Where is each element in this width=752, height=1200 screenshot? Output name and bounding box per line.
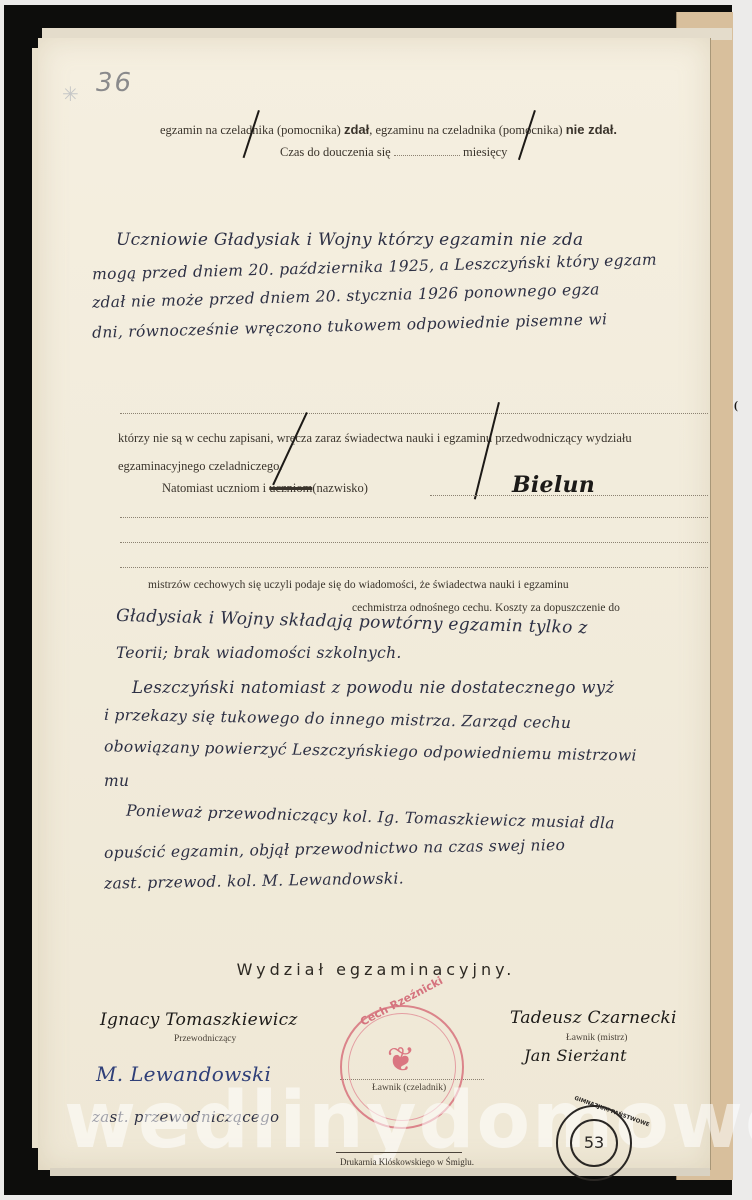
pencil-page-number: 36 [96, 68, 133, 98]
handwritten-note-line: Leszczyński natomiast z powodu nie dosta… [132, 678, 614, 697]
state-stamp-number: 53 [570, 1119, 618, 1167]
committee-title: Wydział egzaminacyjny. [0, 960, 752, 979]
struck-word: uczniom [269, 481, 312, 495]
printer-rule [336, 1152, 462, 1153]
exam-result-part2: , egzaminu na czeladnika (pomocnika) [369, 123, 562, 137]
dotted-field-line [120, 412, 708, 414]
master-assessor-signature-2: Jan Sierżant [524, 1046, 627, 1065]
state-stamp: GIMNAZJUM PAŃSTWOWE 53 [556, 1105, 632, 1181]
passed-label: zdał [344, 122, 369, 137]
dotted-field-line [120, 516, 708, 518]
exam-result-line: egzamin na czeladnika (pomocnika) zdał, … [160, 122, 617, 138]
remaining-time-field [394, 155, 460, 156]
masters-line: mistrzów cechowych się uczyli podaje się… [148, 579, 569, 591]
however-line: Natomiast uczniom i uczniom(nazwisko) [162, 481, 368, 496]
eagle-icon: ❦ [376, 1043, 426, 1079]
chairman-label: Przewodniczący [174, 1034, 236, 1044]
handwritten-note-line: Teorii; brak wiadomości szkolnych. [116, 644, 402, 662]
committee-line: egzaminacyjnego czeladniczego. [118, 459, 283, 474]
however-label: Natomiast uczniom i [162, 481, 266, 495]
master-assessor-signature: Tadeusz Czarnecki [510, 1008, 677, 1028]
printer-imprint: Drukarnia Klóskowskiego w Śmiglu. [340, 1157, 474, 1167]
not-registered-line: którzy nie są w cechu zapisani, wręcza z… [118, 431, 632, 446]
handwritten-note-line: Uczniowie Gładysiak i Wojny którzy egzam… [116, 230, 583, 250]
remaining-time-label: Czas do douczenia się [280, 145, 391, 159]
edge-mark: ( [734, 398, 738, 413]
dotted-field-line [120, 541, 708, 543]
failed-label: nie zdał. [566, 122, 617, 137]
master-assessor-label: Ławnik (mistrz) [566, 1033, 627, 1043]
remaining-time-unit: miesięcy [463, 145, 507, 159]
handwritten-note-line: mu [104, 772, 129, 790]
surname-entry: Bielun [512, 472, 595, 498]
however-suffix: (nazwisko) [312, 481, 368, 495]
remaining-time-line: Czas do douczenia się miesięcy [280, 145, 507, 160]
chairman-signature: Ignacy Tomaszkiewicz [100, 1010, 298, 1030]
dotted-field-line [120, 566, 708, 568]
